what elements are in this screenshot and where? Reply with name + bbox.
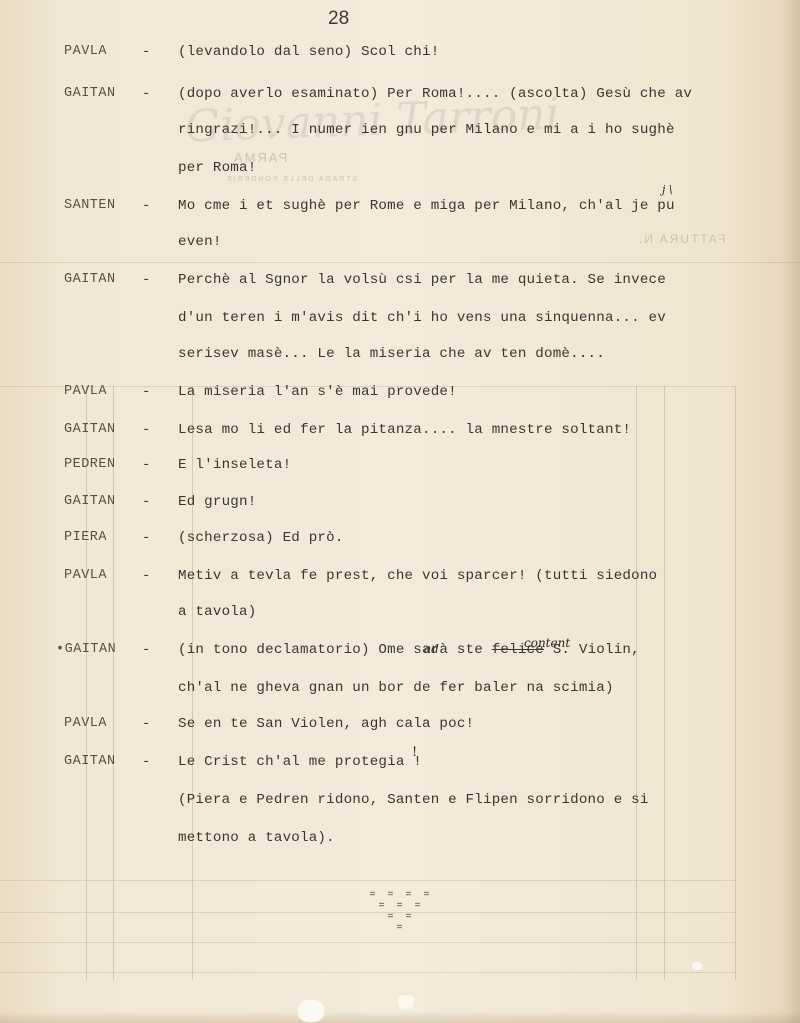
dialogue-text: serisev masè... Le la miseria che av ten… xyxy=(178,346,605,362)
ledger-column-line xyxy=(636,386,637,980)
speaker-name: PAVLA xyxy=(64,384,107,399)
speaker-dash: - xyxy=(142,272,151,288)
page-edge-shadow xyxy=(782,0,800,1023)
dialogue-text: ringrazi!... I numer ien gnu per Milano … xyxy=(178,122,675,138)
speaker-name: GAITAN xyxy=(64,86,116,101)
paper-tear xyxy=(692,962,702,970)
speaker-name: •GAITAN xyxy=(56,642,116,657)
letterhead-street: STRADA DELLE FONDERIE xyxy=(225,176,357,183)
document-page: Giovanni Tarroni PARMA STRADA DELLE FOND… xyxy=(0,0,800,1023)
dialogue-text: (levandolo dal seno) Scol chi! xyxy=(178,44,439,60)
dialogue-text: (Piera e Pedren ridono, Santen e Flipen … xyxy=(178,792,649,808)
dialogue-text: Metiv a tevla fe prest, che voi sparcer!… xyxy=(178,568,657,584)
speaker-name: PIERA xyxy=(64,530,107,545)
ledger-column-line xyxy=(113,386,114,980)
dialogue-text: (dopo averlo esaminato) Per Roma!.... (a… xyxy=(178,86,692,102)
page-number: 28 xyxy=(328,8,349,30)
dialogue-text: La miseria l'an s'è mai provede! xyxy=(178,384,457,400)
speaker-dash: - xyxy=(142,530,151,546)
dialogue-text: even! xyxy=(178,234,222,250)
dialogue-text: Ed grugn! xyxy=(178,494,256,510)
ledger-rule xyxy=(0,262,800,263)
ledger-rule xyxy=(0,880,735,881)
dialogue-text: Perchè al Sgnor la volsù csi per la me q… xyxy=(178,272,666,288)
speaker-name: GAITAN xyxy=(64,422,116,437)
ledger-column-line xyxy=(735,386,736,980)
dialogue-text: (in tono declamatorio) Ome sarà ste feli… xyxy=(178,642,640,658)
ornament-row: = = xyxy=(364,912,438,923)
dialogue-text: Mo cme i et sughè per Rome e miga per Mi… xyxy=(178,198,675,214)
speaker-dash: - xyxy=(142,457,151,473)
dialogue-text-part: (in tono declamatorio) Ome sarà ste xyxy=(178,642,492,658)
speaker-dash: - xyxy=(142,44,151,60)
speaker-dash: - xyxy=(142,754,151,770)
speaker-name: PAVLA xyxy=(64,568,107,583)
speaker-name: GAITAN xyxy=(64,754,116,769)
ledger-rule xyxy=(0,942,735,943)
speaker-dash: - xyxy=(142,86,151,102)
ornament-row: = xyxy=(364,923,438,934)
ornament-row: = = = = xyxy=(364,890,438,901)
handwritten-insert-ad: ad xyxy=(424,642,439,656)
speaker-name: PEDREN xyxy=(64,457,116,472)
speaker-name: GAITAN xyxy=(64,272,116,287)
dialogue-text: per Roma! xyxy=(178,160,256,176)
speaker-dash: - xyxy=(142,198,151,214)
page-bottom-edge xyxy=(0,1011,800,1023)
dialogue-text: Le Crist ch'al me protegia ! xyxy=(178,754,422,770)
dialogue-text: E l'inseleta! xyxy=(178,457,291,473)
dialogue-text: ch'al ne gheva gnan un bor de fer baler … xyxy=(178,680,614,696)
ornament-row: = = = xyxy=(364,901,438,912)
speaker-name: SANTEN xyxy=(64,198,116,213)
handwritten-correction-content: content xyxy=(524,636,570,650)
speaker-name: GAITAN xyxy=(64,494,116,509)
end-ornament: = = = = = = = = = = xyxy=(364,890,438,934)
dialogue-text: mettono a tavola). xyxy=(178,830,335,846)
speaker-name: PAVLA xyxy=(64,716,107,731)
speaker-dash: - xyxy=(142,568,151,584)
dialogue-text: a tavola) xyxy=(178,604,256,620)
speaker-dash: - xyxy=(142,716,151,732)
dialogue-text: d'un teren i m'avis dit ch'i ho vens una… xyxy=(178,310,666,326)
letterhead-invoice-label: FATTURA N. xyxy=(637,232,725,246)
speaker-name: PAVLA xyxy=(64,44,107,59)
ledger-column-line xyxy=(86,386,87,980)
dialogue-text: Lesa mo li ed fer la pitanza.... la mnes… xyxy=(178,422,631,438)
dialogue-text: (scherzosa) Ed prò. xyxy=(178,530,344,546)
handwritten-accent-mark: j \ xyxy=(662,183,673,196)
paper-tear xyxy=(398,995,414,1009)
speaker-dash: - xyxy=(142,422,151,438)
speaker-dash: - xyxy=(142,384,151,400)
ledger-column-line xyxy=(664,386,665,980)
paper-tear xyxy=(298,1000,324,1022)
dialogue-text: Se en te San Violen, agh cala poc! xyxy=(178,716,474,732)
handwritten-exclamation: ! xyxy=(412,745,417,760)
speaker-dash: - xyxy=(142,494,151,510)
ledger-rule xyxy=(0,972,735,973)
speaker-dash: - xyxy=(142,642,151,658)
